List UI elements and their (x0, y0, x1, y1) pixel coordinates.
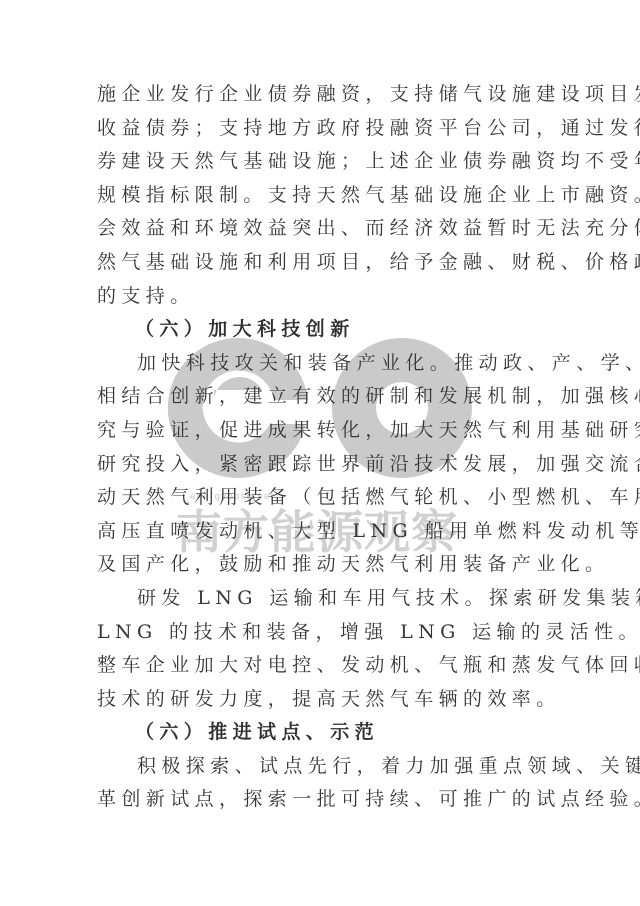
text-line: 然气基础设施和利用项目，给予金融、财税、价格政策方面 (97, 246, 543, 280)
text-line: 整车企业加大对电控、发动机、气瓶和蒸发气体回收等方面 (97, 649, 543, 683)
document-page: energyobserver 南方能源观察 施企业发行企业债券融资，支持储气设施… (0, 0, 640, 906)
text-line: 研发 LNG 运输和车用气技术。探索研发集装箱方式运输 (97, 582, 543, 616)
text-line: 会效益和环境效益突出、而经济效益暂时无法充分体现的天 (97, 212, 543, 246)
text-line: 究与验证，促进成果转化，加大天然气利用基础研究和应用 (97, 414, 543, 448)
text-line: 动天然气利用装备（包括燃气轮机、小型燃机、车用第五代 (97, 481, 543, 515)
paragraph-pilot: 积极探索、试点先行，着力加强重点领域、关键环节改 革创新试点，探索一批可持续、可… (97, 750, 543, 817)
text-line: 加快科技攻关和装备产业化。推动政、产、学、研、用 (97, 347, 543, 381)
text-line: 积极探索、试点先行，着力加强重点领域、关键环节改 (97, 750, 543, 784)
section-heading: （六）加大科技创新 (97, 313, 543, 347)
text-line: 规模指标限制。支持天然气基础设施企业上市融资。对于社 (97, 179, 543, 213)
section-heading: （六）推进试点、示范 (97, 716, 543, 750)
text-line: 研究投入，紧密跟踪世界前沿技术发展，加强交流合作。推 (97, 448, 543, 482)
document-body: 施企业发行企业债券融资，支持储气设施建设项目发行项目 收益债券；支持地方政府投融… (97, 78, 543, 817)
text-line: 高压直喷发动机、大型 LNG 船用单燃料发动机等）科技攻关 (97, 515, 543, 549)
paragraph-lng-tech: 研发 LNG 运输和车用气技术。探索研发集装箱方式运输 LNG 的技术和装备，增… (97, 582, 543, 716)
text-line: LNG 的技术和装备，增强 LNG 运输的灵活性。鼓励并引导 LNG (97, 616, 543, 650)
paragraph-financing: 施企业发行企业债券融资，支持储气设施建设项目发行项目 收益债券；支持地方政府投融… (97, 78, 543, 313)
text-line: 的支持。 (97, 280, 543, 314)
text-line: 革创新试点，探索一批可持续、可推广的试点经验。一是在 (97, 783, 543, 817)
text-line: 相结合创新，建立有效的研制和发展机制，加强核心技术研 (97, 380, 543, 414)
text-line: 券建设天然气基础设施；上述企业债券融资均不受年度发债 (97, 145, 543, 179)
text-line: 施企业发行企业债券融资，支持储气设施建设项目发行项目 (97, 78, 543, 112)
text-line: 收益债券；支持地方政府投融资平台公司，通过发行企业债 (97, 112, 543, 146)
paragraph-tech-innovation: 加快科技攻关和装备产业化。推动政、产、学、研、用 相结合创新，建立有效的研制和发… (97, 347, 543, 582)
text-line: 及国产化，鼓励和推动天然气利用装备产业化。 (97, 548, 543, 582)
text-line: 技术的研发力度，提高天然气车辆的效率。 (97, 683, 543, 717)
